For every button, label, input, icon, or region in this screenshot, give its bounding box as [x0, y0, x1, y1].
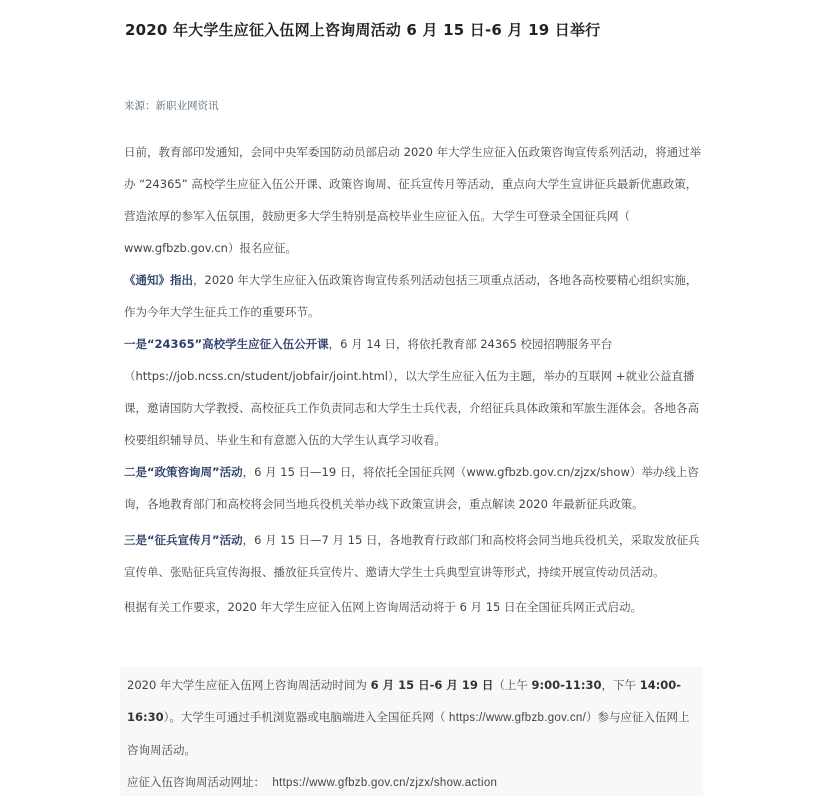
site-url-link[interactable]: https://www.gfbzb.gov.cn/ — [449, 712, 586, 724]
paragraph-item-one: 一是“24365”高校学生应征入伍公开课，6 月 14 日，将依托教育部 243… — [124, 328, 704, 456]
paragraph-item-three: 三是“征兵宣传月”活动，6 月 15 日—7 月 15 日，各地教育行政部门和高… — [124, 524, 704, 588]
separator: ，下午 — [602, 678, 640, 692]
schedule-morning: 9:00-11:30 — [532, 678, 602, 692]
paragraph-text: ，2020 年大学生应征入伍政策咨询宣传系列活动包括三项重点活动，各地各高校要精… — [124, 273, 697, 319]
article-source: 来源：新职业网资讯 — [124, 98, 219, 113]
schedule-rest: 。大学生可通过手机浏览器或电脑端进入全国征兵网（ — [169, 710, 449, 724]
article-title: 2020 年大学生应征入伍网上咨询周活动 6 月 15 日-6 月 19 日举行 — [125, 19, 600, 40]
schedule-date-range: 6 月 15 日-6 月 19 日 — [371, 678, 494, 692]
paragraph-text: 日前，教育部印发通知，会同中央军委国防动员部启动 2020 年大学生应征入伍政策… — [124, 145, 701, 255]
paren-open: （上午 — [493, 678, 531, 692]
activity-url-link[interactable]: https://www.gfbzb.gov.cn/zjzx/show.actio… — [272, 777, 497, 789]
paragraph-notice: 《通知》指出，2020 年大学生应征入伍政策咨询宣传系列活动包括三项重点活动，各… — [124, 264, 704, 328]
paragraph-lead: 一是“24365”高校学生应征入伍公开课 — [124, 337, 329, 351]
info-box-link-line: 应征入伍咨询周活动网址： https://www.gfbzb.gov.cn/zj… — [127, 766, 699, 796]
link-label: 应征入伍咨询周活动网址： — [127, 775, 265, 789]
paragraph-launch: 根据有关工作要求，2020 年大学生应征入伍网上咨询周活动将于 6 月 15 日… — [124, 591, 704, 623]
info-box-schedule: 2020 年大学生应征入伍网上咨询周活动时间为 6 月 15 日-6 月 19 … — [127, 669, 699, 766]
info-box: 2020 年大学生应征入伍网上咨询周活动时间为 6 月 15 日-6 月 19 … — [120, 667, 703, 796]
paragraph-lead: 《通知》指出 — [124, 273, 193, 287]
paragraph-intro: 日前，教育部印发通知，会同中央军委国防动员部启动 2020 年大学生应征入伍政策… — [124, 136, 704, 264]
paragraph-lead: 二是“政策咨询周”活动 — [124, 465, 243, 479]
paragraph-text: ，6 月 14 日，将依托教育部 24365 校园招聘服务平台（https://… — [124, 337, 699, 447]
paragraph-text: 根据有关工作要求，2020 年大学生应征入伍网上咨询周活动将于 6 月 15 日… — [124, 600, 642, 614]
schedule-intro: 2020 年大学生应征入伍网上咨询周活动时间为 — [127, 678, 371, 692]
paragraph-item-two: 二是“政策咨询周”活动，6 月 15 日—19 日，将依托全国征兵网（www.g… — [124, 456, 704, 520]
paragraph-lead: 三是“征兵宣传月”活动 — [124, 533, 243, 547]
